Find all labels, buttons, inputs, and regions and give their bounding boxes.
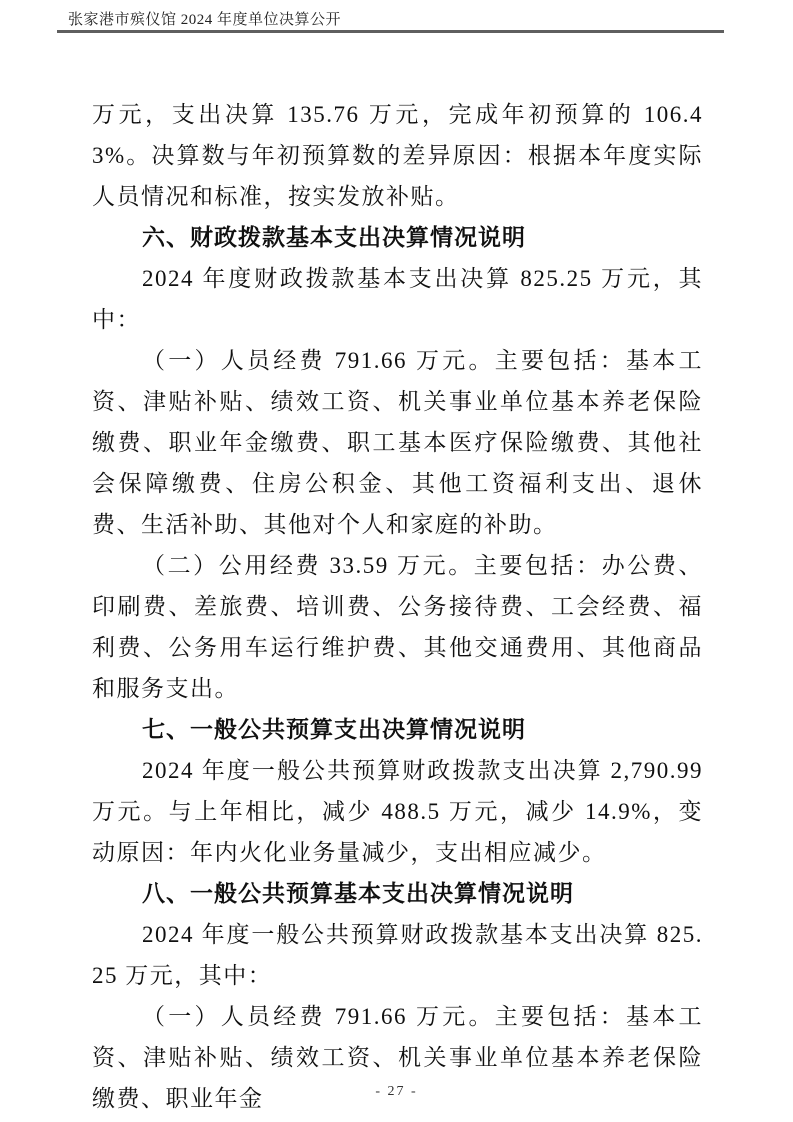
paragraph-6-public-expense: （二）公用经费 33.59 万元。主要包括：办公费、印刷费、差旅费、培训费、公务… [92, 545, 703, 709]
heading-section-8: 八、一般公共预算基本支出决算情况说明 [92, 873, 703, 914]
page-number: - 27 - [375, 1084, 417, 1099]
paragraph-7-detail: 2024 年度一般公共预算财政拨款支出决算 2,790.99 万元。与上年相比，… [92, 750, 703, 873]
page-footer: - 27 - [0, 1082, 793, 1100]
document-header-title: 张家港市殡仪馆 2024 年度单位决算公开 [57, 12, 724, 28]
paragraph-prior-section-continuation: 万元，支出决算 135.76 万元，完成年初预算的 106.43%。决算数与年初… [92, 94, 703, 217]
paragraph-6-personnel-expense: （一）人员经费 791.66 万元。主要包括：基本工资、津贴补贴、绩效工资、机关… [92, 340, 703, 545]
header-rule [57, 30, 724, 33]
document-body: 万元，支出决算 135.76 万元，完成年初预算的 106.43%。决算数与年初… [92, 94, 703, 1119]
heading-section-7: 七、一般公共预算支出决算情况说明 [92, 709, 703, 750]
paragraph-8-personnel-expense: （一）人员经费 791.66 万元。主要包括：基本工资、津贴补贴、绩效工资、机关… [92, 996, 703, 1119]
paragraph-6-intro: 2024 年度财政拨款基本支出决算 825.25 万元，其中： [92, 258, 703, 340]
heading-section-6: 六、财政拨款基本支出决算情况说明 [92, 217, 703, 258]
document-page: { "document": { "header": { "title": "张家… [0, 0, 793, 1122]
page-header: 张家港市殡仪馆 2024 年度单位决算公开 [57, 12, 724, 33]
paragraph-8-intro: 2024 年度一般公共预算财政拨款基本支出决算 825.25 万元，其中： [92, 914, 703, 996]
